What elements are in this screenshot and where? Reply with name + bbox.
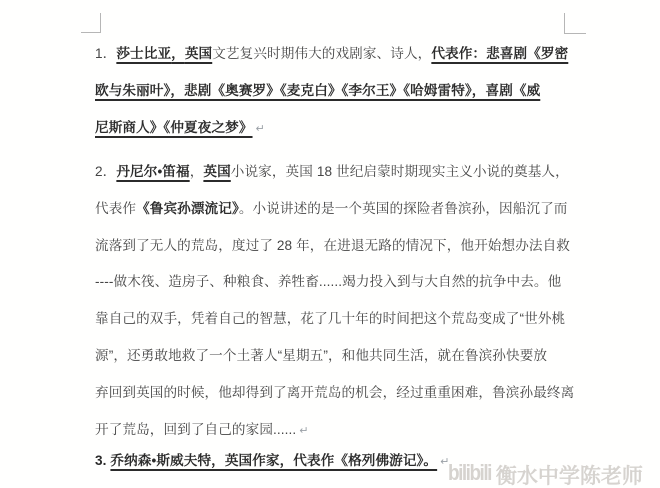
text-run: 2．	[95, 164, 116, 179]
paragraph-mark: ↵	[437, 456, 449, 468]
text-line: 弃回到英国的时候，他却得到了离开荒岛的机会，经过重重困难，鲁滨孙最终离	[95, 375, 575, 412]
text-run: 代表作：悲喜剧《罗密	[431, 46, 568, 61]
text-run: 弃回到英国的时候，他却得到了离开荒岛的机会，经过重重困难，鲁滨孙最终离	[95, 385, 574, 400]
text-line: 源”，还勇敢地救了一个土著人“星期五”，和他共同生活，就在鲁滨孙快要放	[95, 338, 575, 375]
text-run: ，	[190, 164, 204, 179]
text-run: 。小说讲述的是一个英国的探险者鲁滨孙，因船沉了而	[239, 201, 568, 216]
text-run: ，	[171, 46, 185, 61]
document-page: 1．莎士比亚，英国文艺复兴时期伟大的戏剧家、诗人，代表作：悲喜剧《罗密欧与朱丽叶…	[0, 0, 660, 488]
text-run: 流落到了无人的荒岛，度过了 28 年，在进退无路的情况下，他开始想办法自救	[95, 238, 570, 253]
text-run: 小说家，英国 18 世纪启蒙时期现实主义小说的奠基人，	[231, 164, 569, 179]
paragraph-2: 2．丹尼尔•笛福，英国小说家，英国 18 世纪启蒙时期现实主义小说的奠基人，代表…	[95, 154, 575, 449]
text-run: 英国	[203, 164, 230, 179]
text-line: 靠自己的双手，凭着自己的智慧，花了几十年的时间把这个荒岛变成了“世外桃	[95, 301, 575, 338]
text-line: 欧与朱丽叶》，悲剧《奥赛罗》《麦克白》《李尔王》《哈姆雷特》，喜剧《威	[95, 73, 575, 110]
text-run: 靠自己的双手，凭着自己的智慧，花了几十年的时间把这个荒岛变成了“世外桃	[95, 311, 565, 326]
text-run: 欧与朱丽叶》，悲剧《奥赛罗》《麦克白》《李尔王》《哈姆雷特》，喜剧《威	[95, 83, 540, 98]
text-run: 丹尼尔•笛福	[116, 164, 189, 179]
text-run: 1．	[95, 46, 116, 61]
document-body: 1．莎士比亚，英国文艺复兴时期伟大的戏剧家、诗人，代表作：悲喜剧《罗密欧与朱丽叶…	[0, 0, 660, 488]
paragraph-3: 3. 乔纳森•斯威夫特，英国作家，代表作《格列佛游记》。↵	[95, 443, 575, 481]
paragraph-1: 1．莎士比亚，英国文艺复兴时期伟大的戏剧家、诗人，代表作：悲喜剧《罗密欧与朱丽叶…	[95, 36, 575, 147]
text-run: 《鲁宾孙漂流记》	[136, 201, 239, 216]
text-line: 代表作《鲁宾孙漂流记》。小说讲述的是一个英国的探险者鲁滨孙，因船沉了而	[95, 191, 575, 228]
text-line: 3. 乔纳森•斯威夫特，英国作家，代表作《格列佛游记》。↵	[95, 443, 575, 481]
text-run: 尼斯商人》《仲夏夜之梦》	[95, 120, 253, 135]
text-run: 英国	[185, 46, 212, 61]
text-run: 乔纳森•斯威夫特，英国作家，代表作《格列佛游记》。	[110, 453, 437, 468]
text-line: ----做木筏、造房子、种粮食、养牲畜......竭力投入到与大自然的抗争中去。…	[95, 264, 575, 301]
text-line: 尼斯商人》《仲夏夜之梦》↵	[95, 110, 575, 148]
text-run: 源”，还勇敢地救了一个土著人“星期五”，和他共同生活，就在鲁滨孙快要放	[95, 348, 547, 363]
paragraph-mark: ↵	[253, 123, 265, 135]
text-run: 3.	[95, 453, 110, 468]
text-line: 1．莎士比亚，英国文艺复兴时期伟大的戏剧家、诗人，代表作：悲喜剧《罗密	[95, 36, 575, 73]
text-run: 代表作	[95, 201, 136, 216]
text-run: 莎士比亚	[116, 46, 171, 61]
text-run: 开了荒岛，回到了自己的家园......	[95, 422, 296, 437]
text-line: 2．丹尼尔•笛福，英国小说家，英国 18 世纪启蒙时期现实主义小说的奠基人，	[95, 154, 575, 191]
text-run: 文艺复兴时期伟大的戏剧家、诗人，	[212, 46, 431, 61]
paragraph-mark: ↵	[296, 425, 308, 437]
text-run: ----做木筏、造房子、种粮食、养牲畜......竭力投入到与大自然的抗争中去。…	[95, 274, 561, 289]
text-line: 流落到了无人的荒岛，度过了 28 年，在进退无路的情况下，他开始想办法自救	[95, 228, 575, 265]
